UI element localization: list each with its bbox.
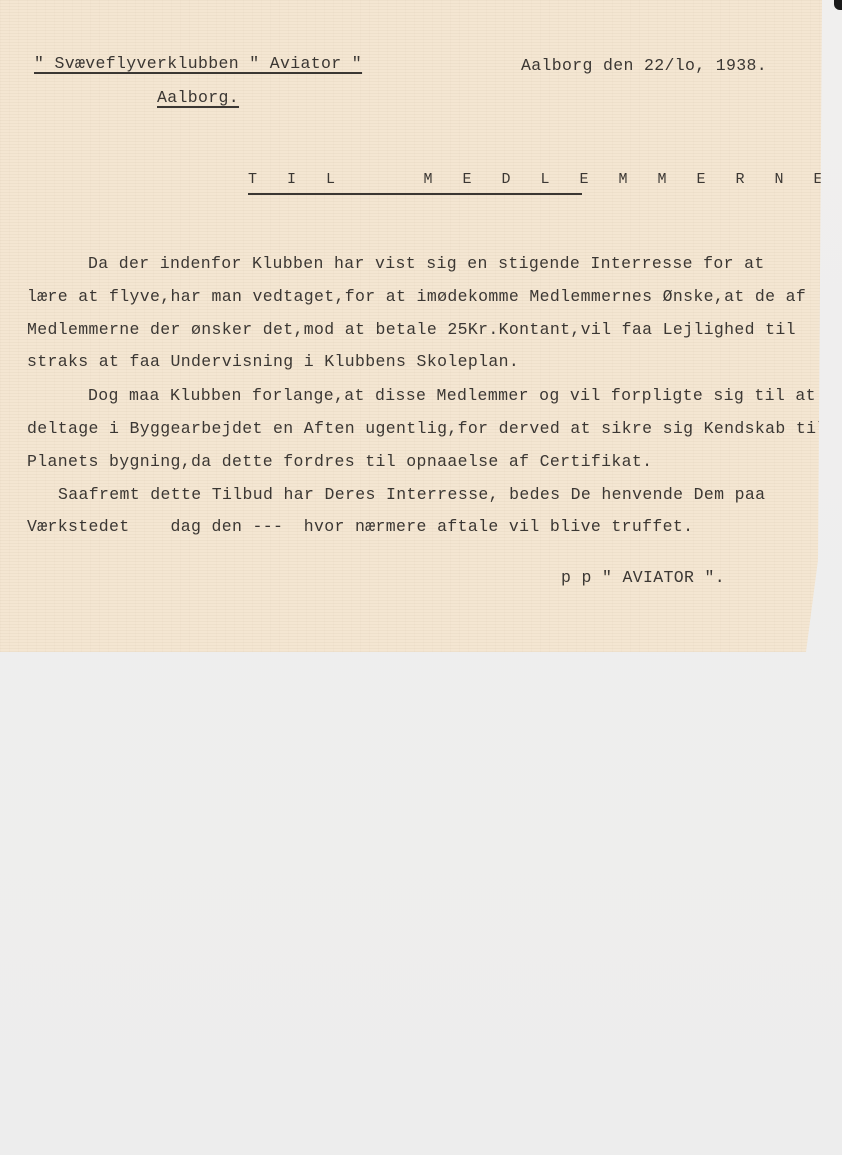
text-line: Dog maa Klubben forlange,at disse Medlem… bbox=[88, 388, 816, 405]
text-line: Da der indenfor Klubben har vist sig en … bbox=[88, 256, 765, 273]
letter-paper: " Svæveflyverklubben " Aviator " Aalborg… bbox=[0, 0, 822, 652]
signature: p p " AVIATOR ". bbox=[561, 570, 725, 587]
organization-name: " Svæveflyverklubben " Aviator " bbox=[34, 56, 362, 73]
text-line: Medlemmerne der ønsker det,mod at betale… bbox=[27, 322, 796, 339]
text-line: deltage i Byggearbejdet en Aften ugentli… bbox=[27, 421, 827, 438]
text-line: Værkstedet dag den --- hvor nærmere afta… bbox=[27, 519, 693, 536]
scanner-edge-shadow bbox=[834, 0, 842, 10]
text-line: straks at faa Undervisning i Klubbens Sk… bbox=[27, 354, 519, 371]
text-line: Saafremt dette Tilbud har Deres Interres… bbox=[58, 487, 765, 504]
organization-city: Aalborg. bbox=[157, 90, 239, 107]
date-line: Aalborg den 22/lo, 1938. bbox=[521, 58, 767, 75]
text-line: Planets bygning,da dette fordres til opn… bbox=[27, 454, 652, 471]
letter-title: T I L M E D L E M M E R N E. bbox=[248, 172, 582, 195]
text-line: lære at flyve,har man vedtaget,for at im… bbox=[27, 289, 806, 306]
